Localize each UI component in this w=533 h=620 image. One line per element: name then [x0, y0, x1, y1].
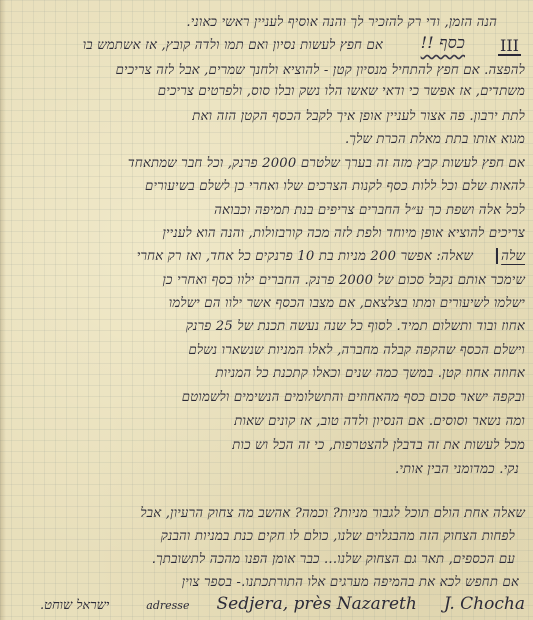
letter-line: אם חפץ לעשות נסיון ואם תמו ולדה קובץ, אז…	[8, 37, 383, 53]
closing-line: לפחות הצחוק הזה מהבגלוים שלנו, כולם לו ח…	[8, 528, 515, 544]
signature-row: ישראל שוחט. adresse Sedjera, près Nazare…	[40, 594, 525, 614]
letter-line: וישלם הכסף שהקפה קבלה מחברה, לאלו המניות…	[8, 342, 525, 358]
keyword-money: כסף !!	[421, 33, 465, 53]
letter-line: להאות שלם וכל ללות כסף לקנות הצרכים שלו …	[8, 178, 525, 194]
letter-line: מכל לעשות את זה בדבלן להצטרפות, כי זה הכ…	[8, 437, 525, 453]
letter-line: ובקפה ישאר סכום כסף מהאחוזים והתשלומים ה…	[8, 389, 525, 405]
letter-line: אחוז ובוד ותשלום תמיד. לסוף כל שנה נעשה …	[8, 318, 525, 334]
letter-line: ומה נשאר וסוסים. אם הנסיון ולדה טוב, אז …	[8, 413, 525, 429]
letter-line: משתדים, אז אפשר כי ודאי שאשו הלו נשק ובל…	[8, 83, 525, 99]
address-prefix: adresse	[146, 599, 189, 612]
section-number-mark: III	[498, 38, 521, 56]
letter-line: שימכר אותם נקבל סכום של 2000 פרנק. החברי…	[8, 272, 525, 288]
letter-line: מגוא אותו בתת מאלת הכרת שלך.	[8, 131, 525, 147]
closing-line: עם הכספים, תאר גם הצחוק שלנו... כבר אומן…	[8, 551, 515, 567]
letter-page: הנה הזמן, ודי רק להזכיר לך והנה אוסיף לע…	[0, 0, 533, 620]
signature-address: Sedjera, près Nazareth	[217, 594, 417, 614]
page-edge-shadow	[0, 0, 6, 620]
signature-hebrew: ישראל שוחט.	[40, 597, 109, 613]
letter-line: אחוזה אחוז קטן. במשך כמה שנים וכאלו קתכנ…	[8, 365, 525, 381]
question-label: שלה	[496, 248, 525, 264]
letter-line: ישלמו לשיעורים ומתו בצלצאם, אם מצבו הכסף…	[8, 295, 525, 311]
letter-line: הנה הזמן, ודי רק להזכיר לך והנה אוסיף לע…	[8, 14, 497, 30]
letter-line: נקי. כמדומני הבין אותי.	[8, 461, 519, 477]
letter-line: לכל אלה ושפת כך ע״ל החברים צריפים בנת תמ…	[8, 202, 525, 218]
letter-line: שאלה: אפשר 200 מניות בת 10 פרנקים כל אחד…	[8, 248, 473, 264]
letter-line: אם חפץ לעשות קבץ מזה זה בערך שלטרם 2000 …	[8, 155, 525, 171]
letter-line: צריכים להוציא אופן מיוחד ולפת לזה מכה קו…	[8, 225, 525, 241]
letter-line: לתת ירבון. פה אצור לעניין אופן איך לקבל …	[8, 108, 525, 124]
signature-name-latin: J. Chocha	[444, 594, 525, 614]
closing-line: אם תחפש לכא את בהמיפה מערגים אלו התורתכת…	[48, 574, 519, 590]
letter-line: להפצה. אם חפץ להתחיל מנסיון קטן - להוציא…	[8, 62, 525, 78]
closing-line: שאלה אחת הולם תוכל לגבור מניות? וכמה? אה…	[8, 505, 525, 521]
